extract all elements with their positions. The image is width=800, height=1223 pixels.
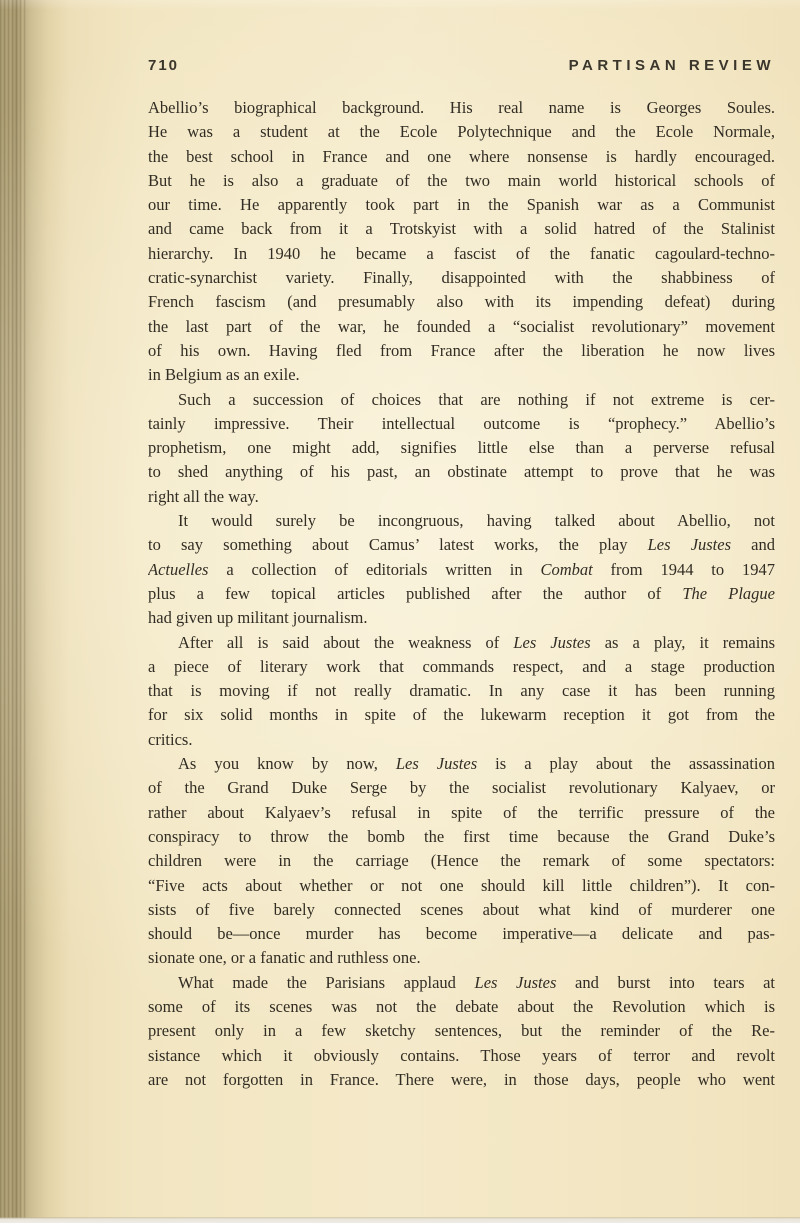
body-text: It would surely be incongruous, having t… (178, 511, 775, 530)
italic-title-text: Les Justes (475, 973, 557, 992)
body-text: present only in a few sketchy sentences,… (148, 1021, 775, 1040)
text-line: “Five acts about whether or not one shou… (148, 874, 775, 898)
body-text: “Five acts about whether or not one shou… (148, 876, 775, 895)
body-text: sionate one, or a fanatic and ruthless o… (148, 948, 421, 967)
paragraph: It would surely be incongruous, having t… (148, 509, 775, 630)
body-text: and burst into tears at (556, 973, 775, 992)
text-line: hierarchy. In 1940 he became a fascist o… (148, 242, 775, 266)
body-text: for six solid months in spite of the luk… (148, 705, 775, 724)
text-line: the last part of the war, he founded a “… (148, 315, 775, 339)
body-text: But he is also a graduate of the two mai… (148, 171, 775, 190)
text-line: present only in a few sketchy sentences,… (148, 1019, 775, 1043)
body-text: prophetism, one might add, signifies lit… (148, 438, 775, 457)
body-text: right all the way. (148, 487, 259, 506)
body-text: cratic-synarchist variety. Finally, disa… (148, 268, 775, 287)
text-line: rather about Kalyaev’s refusal in spite … (148, 801, 775, 825)
book-spine-page-edges (0, 0, 26, 1223)
text-line: prophetism, one might add, signifies lit… (148, 436, 775, 460)
text-line: After all is said about the weakness of … (148, 631, 775, 655)
body-text: of his own. Having fled from France afte… (148, 341, 775, 360)
text-line: and came back from it a Trotskyist with … (148, 217, 775, 241)
text-line: for six solid months in spite of the luk… (148, 703, 775, 727)
body-text: Abellio’s biographical background. His r… (148, 98, 775, 117)
text-line: sistance which it obviously contains. Th… (148, 1044, 775, 1068)
text-line: should be—once murder has become imperat… (148, 922, 775, 946)
body-text: hierarchy. In 1940 he became a fascist o… (148, 244, 775, 263)
text-line: sists of five barely connected scenes ab… (148, 898, 775, 922)
text-line: to say something about Camus’ latest wor… (148, 533, 775, 557)
text-line: our time. He apparently took part in the… (148, 193, 775, 217)
body-text: rather about Kalyaev’s refusal in spite … (148, 803, 775, 822)
text-line: Actuelles a collection of editorials wri… (148, 558, 775, 582)
text-line: Such a succession of choices that are no… (148, 388, 775, 412)
body-text: as a play, it remains (591, 633, 775, 652)
paragraph: Such a succession of choices that are no… (148, 388, 775, 509)
journal-title: PARTISAN REVIEW (569, 57, 775, 74)
italic-title-text: Les Justes (513, 633, 590, 652)
italic-title-text: Les Justes (648, 535, 731, 554)
paragraph: After all is said about the weakness of … (148, 631, 775, 752)
body-text: our time. He apparently took part in the… (148, 195, 775, 214)
body-text: the last part of the war, he founded a “… (148, 317, 775, 336)
body-text: are not forgotten in France. There were,… (148, 1070, 775, 1089)
body-text: children were in the carriage (Hence the… (148, 851, 775, 870)
text-line: What made the Parisians applaud Les Just… (148, 971, 775, 995)
body-text: sists of five barely connected scenes ab… (148, 900, 775, 919)
body-text: that is moving if not really dramatic. I… (148, 681, 775, 700)
body-text: sistance which it obviously contains. Th… (148, 1046, 775, 1065)
text-line: of his own. Having fled from France afte… (148, 339, 775, 363)
text-line: cratic-synarchist variety. Finally, disa… (148, 266, 775, 290)
body-text: to shed anything of his past, an obstina… (148, 462, 775, 481)
body-text: French fascism (and presumably also with… (148, 292, 775, 311)
body-text: is a play about the assassination (477, 754, 775, 773)
italic-title-text: Actuelles (148, 560, 208, 579)
paragraph: What made the Parisians applaud Les Just… (148, 971, 775, 1092)
body-text: conspiracy to throw the bomb the first t… (148, 827, 775, 846)
text-line: to shed anything of his past, an obstina… (148, 460, 775, 484)
body-text: a collection of editorials written in (208, 560, 540, 579)
text-line: But he is also a graduate of the two mai… (148, 169, 775, 193)
body-text: plus a few topical articles published af… (148, 584, 682, 603)
paragraph: Abellio’s biographical background. His r… (148, 96, 775, 388)
body-text: had given up militant journalism. (148, 608, 368, 627)
body-text: of the Grand Duke Serge by the socialist… (148, 778, 775, 797)
text-line: in Belgium as an exile. (148, 363, 775, 387)
text-line: Abellio’s biographical background. His r… (148, 96, 775, 120)
text-line: children were in the carriage (Hence the… (148, 849, 775, 873)
page-content: 710 PARTISAN REVIEW Abellio’s biographic… (148, 57, 775, 1092)
scan-bottom-edge (0, 1217, 800, 1223)
italic-title-text: Les Justes (396, 754, 477, 773)
text-line: plus a few topical articles published af… (148, 582, 775, 606)
text-line: some of its scenes was not the debate ab… (148, 995, 775, 1019)
body-text: Such a succession of choices that are no… (178, 390, 775, 409)
body-text: should be—once murder has become imperat… (148, 924, 775, 943)
text-line: He was a student at the Ecole Polytechni… (148, 120, 775, 144)
body-text: some of its scenes was not the debate ab… (148, 997, 775, 1016)
italic-title-text: Combat (540, 560, 592, 579)
text-line: that is moving if not really dramatic. I… (148, 679, 775, 703)
body-text: to say something about Camus’ latest wor… (148, 535, 648, 554)
text-line: had given up militant journalism. (148, 606, 775, 630)
paragraph: As you know by now, Les Justes is a play… (148, 752, 775, 971)
text-line: tainly impressive. Their intellectual ou… (148, 412, 775, 436)
article-body: Abellio’s biographical background. His r… (148, 96, 775, 1092)
scanned-magazine-page: 710 PARTISAN REVIEW Abellio’s biographic… (0, 0, 800, 1223)
text-line: critics. (148, 728, 775, 752)
text-line: of the Grand Duke Serge by the socialist… (148, 776, 775, 800)
body-text: After all is said about the weakness of (178, 633, 513, 652)
body-text: in Belgium as an exile. (148, 365, 300, 384)
text-line: right all the way. (148, 485, 775, 509)
body-text: and (731, 535, 775, 554)
body-text: from 1944 to 1947 (593, 560, 775, 579)
page-number: 710 (148, 57, 179, 74)
italic-title-text: The Plague (682, 584, 775, 603)
body-text: What made the Parisians applaud (178, 973, 475, 992)
body-text: a piece of literary work that commands r… (148, 657, 775, 676)
body-text: He was a student at the Ecole Polytechni… (148, 122, 775, 141)
body-text: critics. (148, 730, 192, 749)
text-line: the best school in France and one where … (148, 145, 775, 169)
text-line: As you know by now, Les Justes is a play… (148, 752, 775, 776)
text-line: French fascism (and presumably also with… (148, 290, 775, 314)
text-line: It would surely be incongruous, having t… (148, 509, 775, 533)
body-text: As you know by now, (178, 754, 396, 773)
text-line: conspiracy to throw the bomb the first t… (148, 825, 775, 849)
body-text: and came back from it a Trotskyist with … (148, 219, 775, 238)
running-head: 710 PARTISAN REVIEW (148, 57, 775, 74)
body-text: the best school in France and one where … (148, 147, 775, 166)
text-line: a piece of literary work that commands r… (148, 655, 775, 679)
text-line: sionate one, or a fanatic and ruthless o… (148, 946, 775, 970)
body-text: tainly impressive. Their intellectual ou… (148, 414, 775, 433)
text-line: are not forgotten in France. There were,… (148, 1068, 775, 1092)
